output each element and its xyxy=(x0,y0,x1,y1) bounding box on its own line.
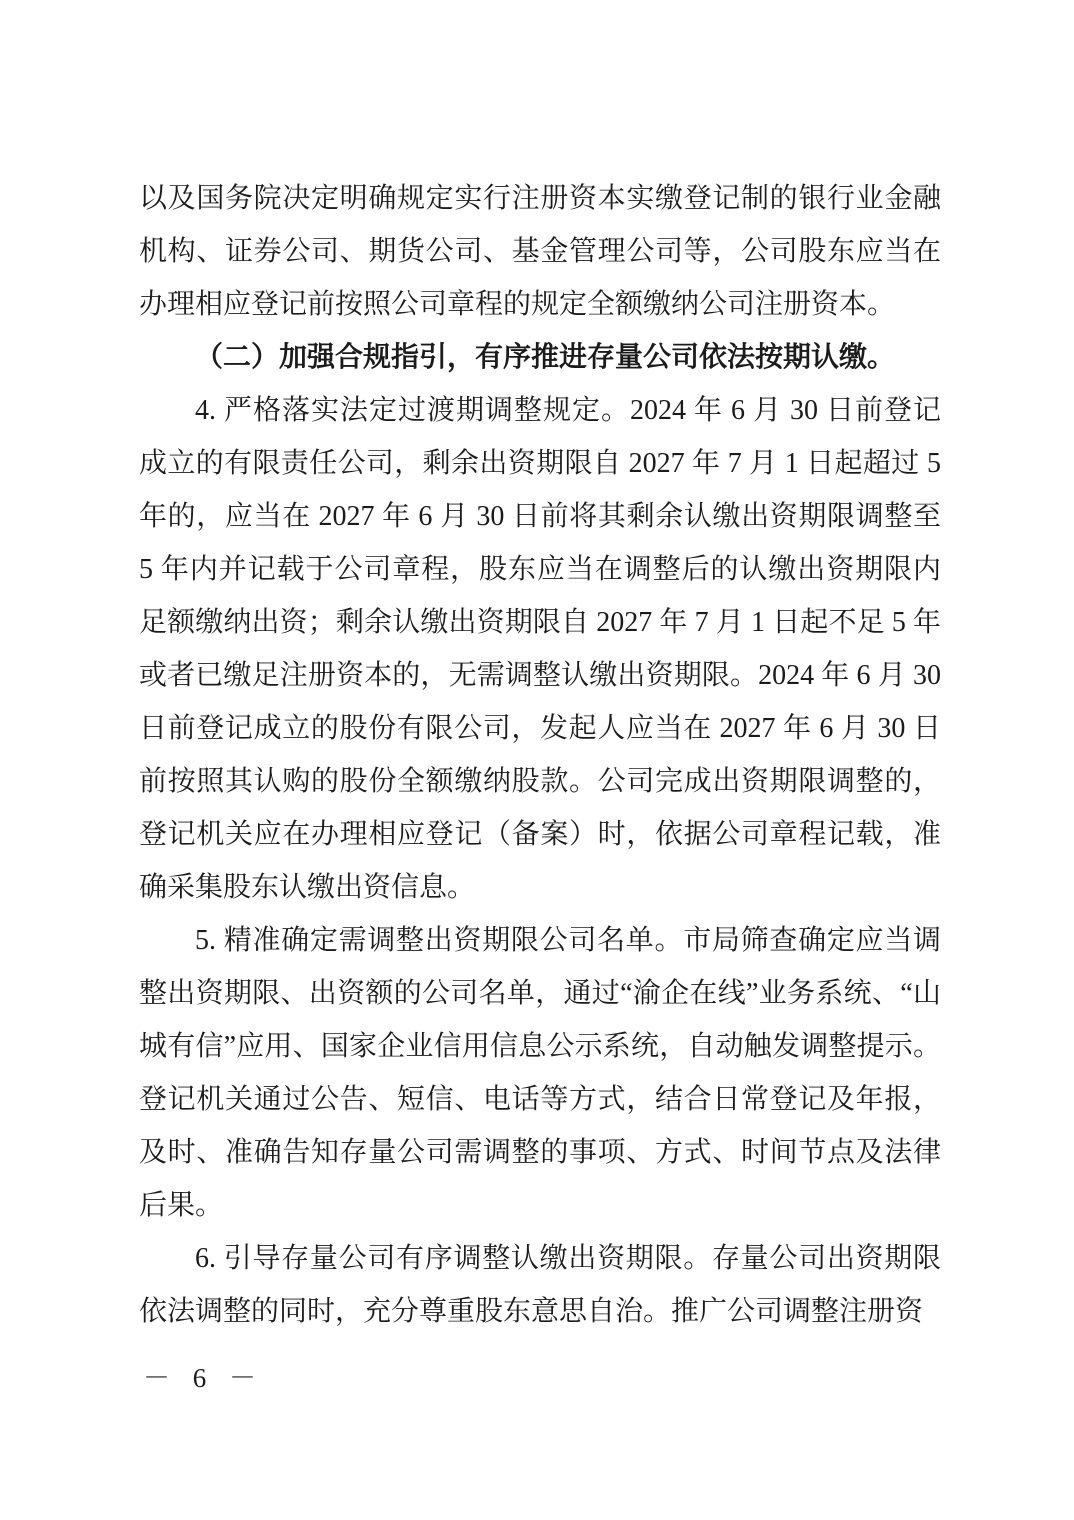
document-page: 以及国务院决定明确规定实行注册资本实缴登记制的银行业金融机构、证券公司、期货公司… xyxy=(0,0,1074,1520)
paragraph-continuation: 以及国务院决定明确规定实行注册资本实缴登记制的银行业金融机构、证券公司、期货公司… xyxy=(139,172,941,331)
paragraph-lead: 6. 引导存量公司有序调整认缴出资期限。 xyxy=(195,1243,712,1274)
paragraph-body: 市局筛查确定应当调整出资期限、出资额的公司名单，通过“渝企在线”业务系统、“山城… xyxy=(139,925,941,1221)
page-number: － 6 － xyxy=(143,1356,264,1395)
paragraph-body: 2024 年 6 月 30 日前登记成立的有限责任公司，剩余出资期限自 2027… xyxy=(139,395,941,903)
paragraph-lead: 5. 精准确定需调整出资期限公司名单。 xyxy=(195,925,683,956)
paragraph-lead: 4. 严格落实法定过渡期调整规定。 xyxy=(195,395,630,426)
text-content: 以及国务院决定明确规定实行注册资本实缴登记制的银行业金融机构、证券公司、期货公司… xyxy=(139,172,941,1338)
section-heading: （二）加强合规指引，有序推进存量公司依法按期认缴。 xyxy=(139,331,941,384)
paragraph-item-5: 5. 精准确定需调整出资期限公司名单。市局筛查确定应当调整出资期限、出资额的公司… xyxy=(139,914,941,1232)
paragraph-item-6: 6. 引导存量公司有序调整认缴出资期限。存量公司出资期限依法调整的同时，充分尊重… xyxy=(139,1232,941,1338)
paragraph-item-4: 4. 严格落实法定过渡期调整规定。2024 年 6 月 30 日前登记成立的有限… xyxy=(139,384,941,914)
